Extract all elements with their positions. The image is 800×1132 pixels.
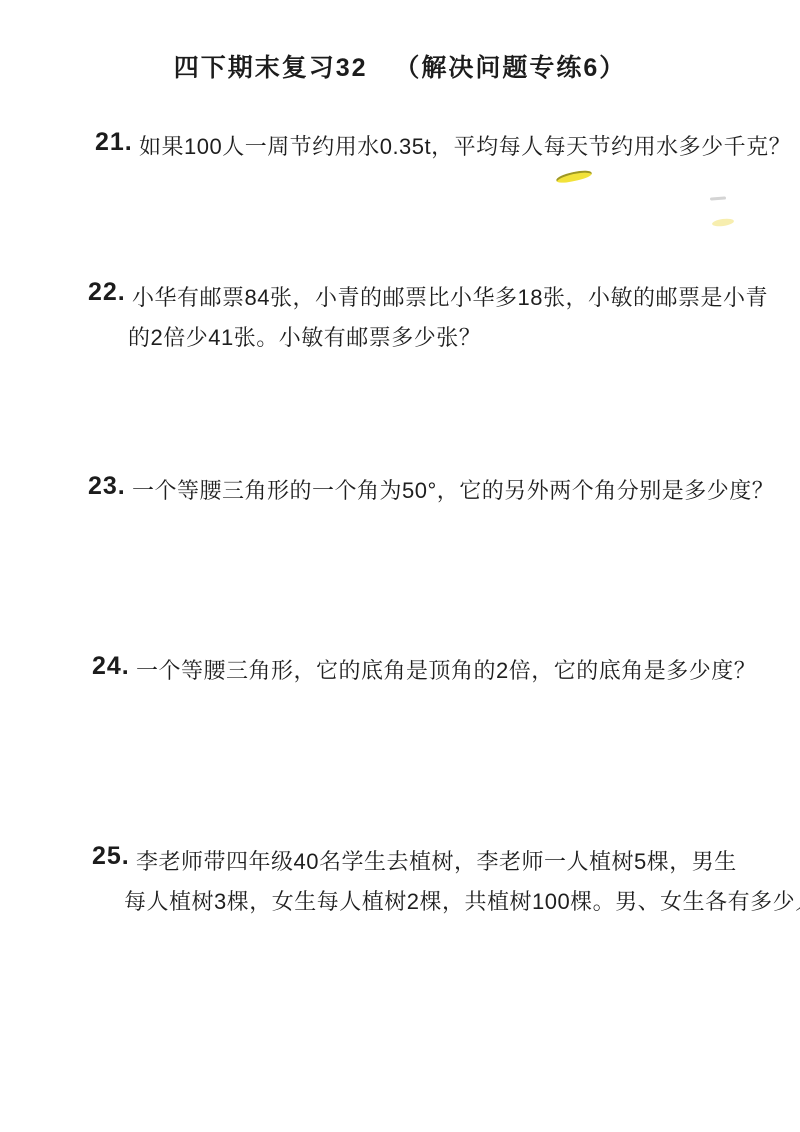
- question-22: 22. 小华有邮票84张，小青的邮票比小华多18张，小敏的邮票是小青 的2倍少4…: [88, 278, 778, 358]
- question-21-number: 21.: [95, 128, 139, 157]
- question-text-line: 如果100人一周节约用水0.35t，平均每人每天节约用水多少千克？: [139, 128, 791, 166]
- question-text-line: 一个等腰三角形的一个角为50°，它的另外两个角分别是多少度？: [132, 472, 774, 510]
- question-21-text: 如果100人一周节约用水0.35t，平均每人每天节约用水多少千克？: [139, 128, 791, 166]
- question-24-text: 一个等腰三角形，它的底角是顶角的2倍，它的底角是多少度？: [136, 652, 772, 690]
- question-text-line: 每人植树3棵，女生每人植树2棵，共植树100棵。男、女生各有多少人？: [124, 882, 800, 922]
- question-text-line: 小华有邮票84张，小青的邮票比小华多18张，小敏的邮票是小青: [132, 278, 778, 318]
- yellow-highlight-mark: [555, 168, 592, 184]
- question-22-number: 22.: [88, 278, 132, 307]
- question-23: 23. 一个等腰三角形的一个角为50°，它的另外两个角分别是多少度？: [88, 472, 768, 510]
- question-22-text: 小华有邮票84张，小青的邮票比小华多18张，小敏的邮票是小青 的2倍少41张。小…: [132, 278, 778, 358]
- question-text-line: 的2倍少41张。小敏有邮票多少张？: [128, 318, 778, 358]
- worksheet-title: 四下期末复习32 （解决问题专练6）: [0, 48, 800, 84]
- question-text-line: 一个等腰三角形，它的底角是顶角的2倍，它的底角是多少度？: [136, 652, 772, 690]
- question-23-text: 一个等腰三角形的一个角为50°，它的另外两个角分别是多少度？: [132, 472, 774, 510]
- question-text-line: 李老师带四年级40名学生去植树，李老师一人植树5棵，男生: [136, 842, 800, 882]
- question-24-number: 24.: [92, 652, 136, 681]
- question-25-number: 25.: [92, 842, 136, 871]
- question-23-number: 23.: [88, 472, 132, 501]
- faint-pencil-dash: [710, 196, 726, 200]
- question-21: 21. 如果100人一周节约用水0.35t，平均每人每天节约用水多少千克？: [95, 128, 775, 166]
- worksheet-page: 四下期末复习32 （解决问题专练6） 21. 如果100人一周节约用水0.35t…: [0, 0, 800, 1132]
- question-24: 24. 一个等腰三角形，它的底角是顶角的2倍，它的底角是多少度？: [92, 652, 772, 690]
- question-25: 25. 李老师带四年级40名学生去植树，李老师一人植树5棵，男生 每人植树3棵，…: [92, 842, 782, 922]
- question-25-text: 李老师带四年级40名学生去植树，李老师一人植树5棵，男生 每人植树3棵，女生每人…: [136, 842, 800, 922]
- yellow-smudge-mark: [712, 218, 735, 228]
